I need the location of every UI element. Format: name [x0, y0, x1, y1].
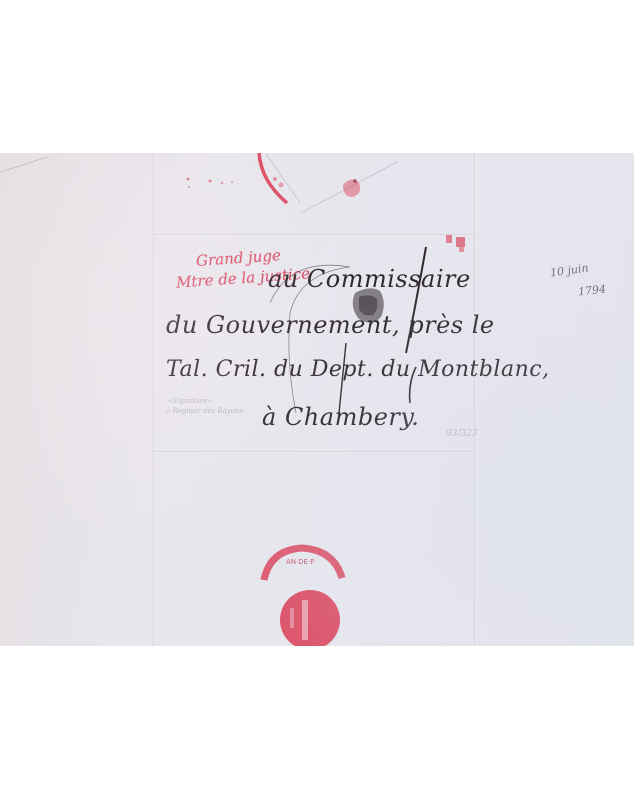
fold-line-top — [153, 234, 474, 236]
red-specks — [180, 165, 250, 205]
letter-sheet: Grand juge Mtre de la justice au Commiss… — [0, 153, 634, 646]
catalog-mark: 93/323 — [446, 429, 478, 439]
fold-line-left — [153, 153, 155, 646]
pencil-date-year: 1794 — [578, 284, 607, 298]
calligraphic-flourishes — [230, 243, 460, 443]
faint-annotation-line-1: «Signature» — [168, 397, 212, 405]
svg-text:AN·DE·P: AN·DE·P — [286, 558, 315, 566]
corner-crease — [0, 156, 47, 175]
faint-annotation-line-2: à Regnier des Rayons — [166, 407, 243, 415]
pencil-date-day: 10 juin — [549, 262, 589, 278]
fold-line-bottom — [153, 451, 474, 453]
broken-seal-top — [255, 153, 375, 223]
red-wax-seal-bottom: AN·DE·P — [256, 538, 356, 646]
fold-line-right — [474, 153, 476, 646]
